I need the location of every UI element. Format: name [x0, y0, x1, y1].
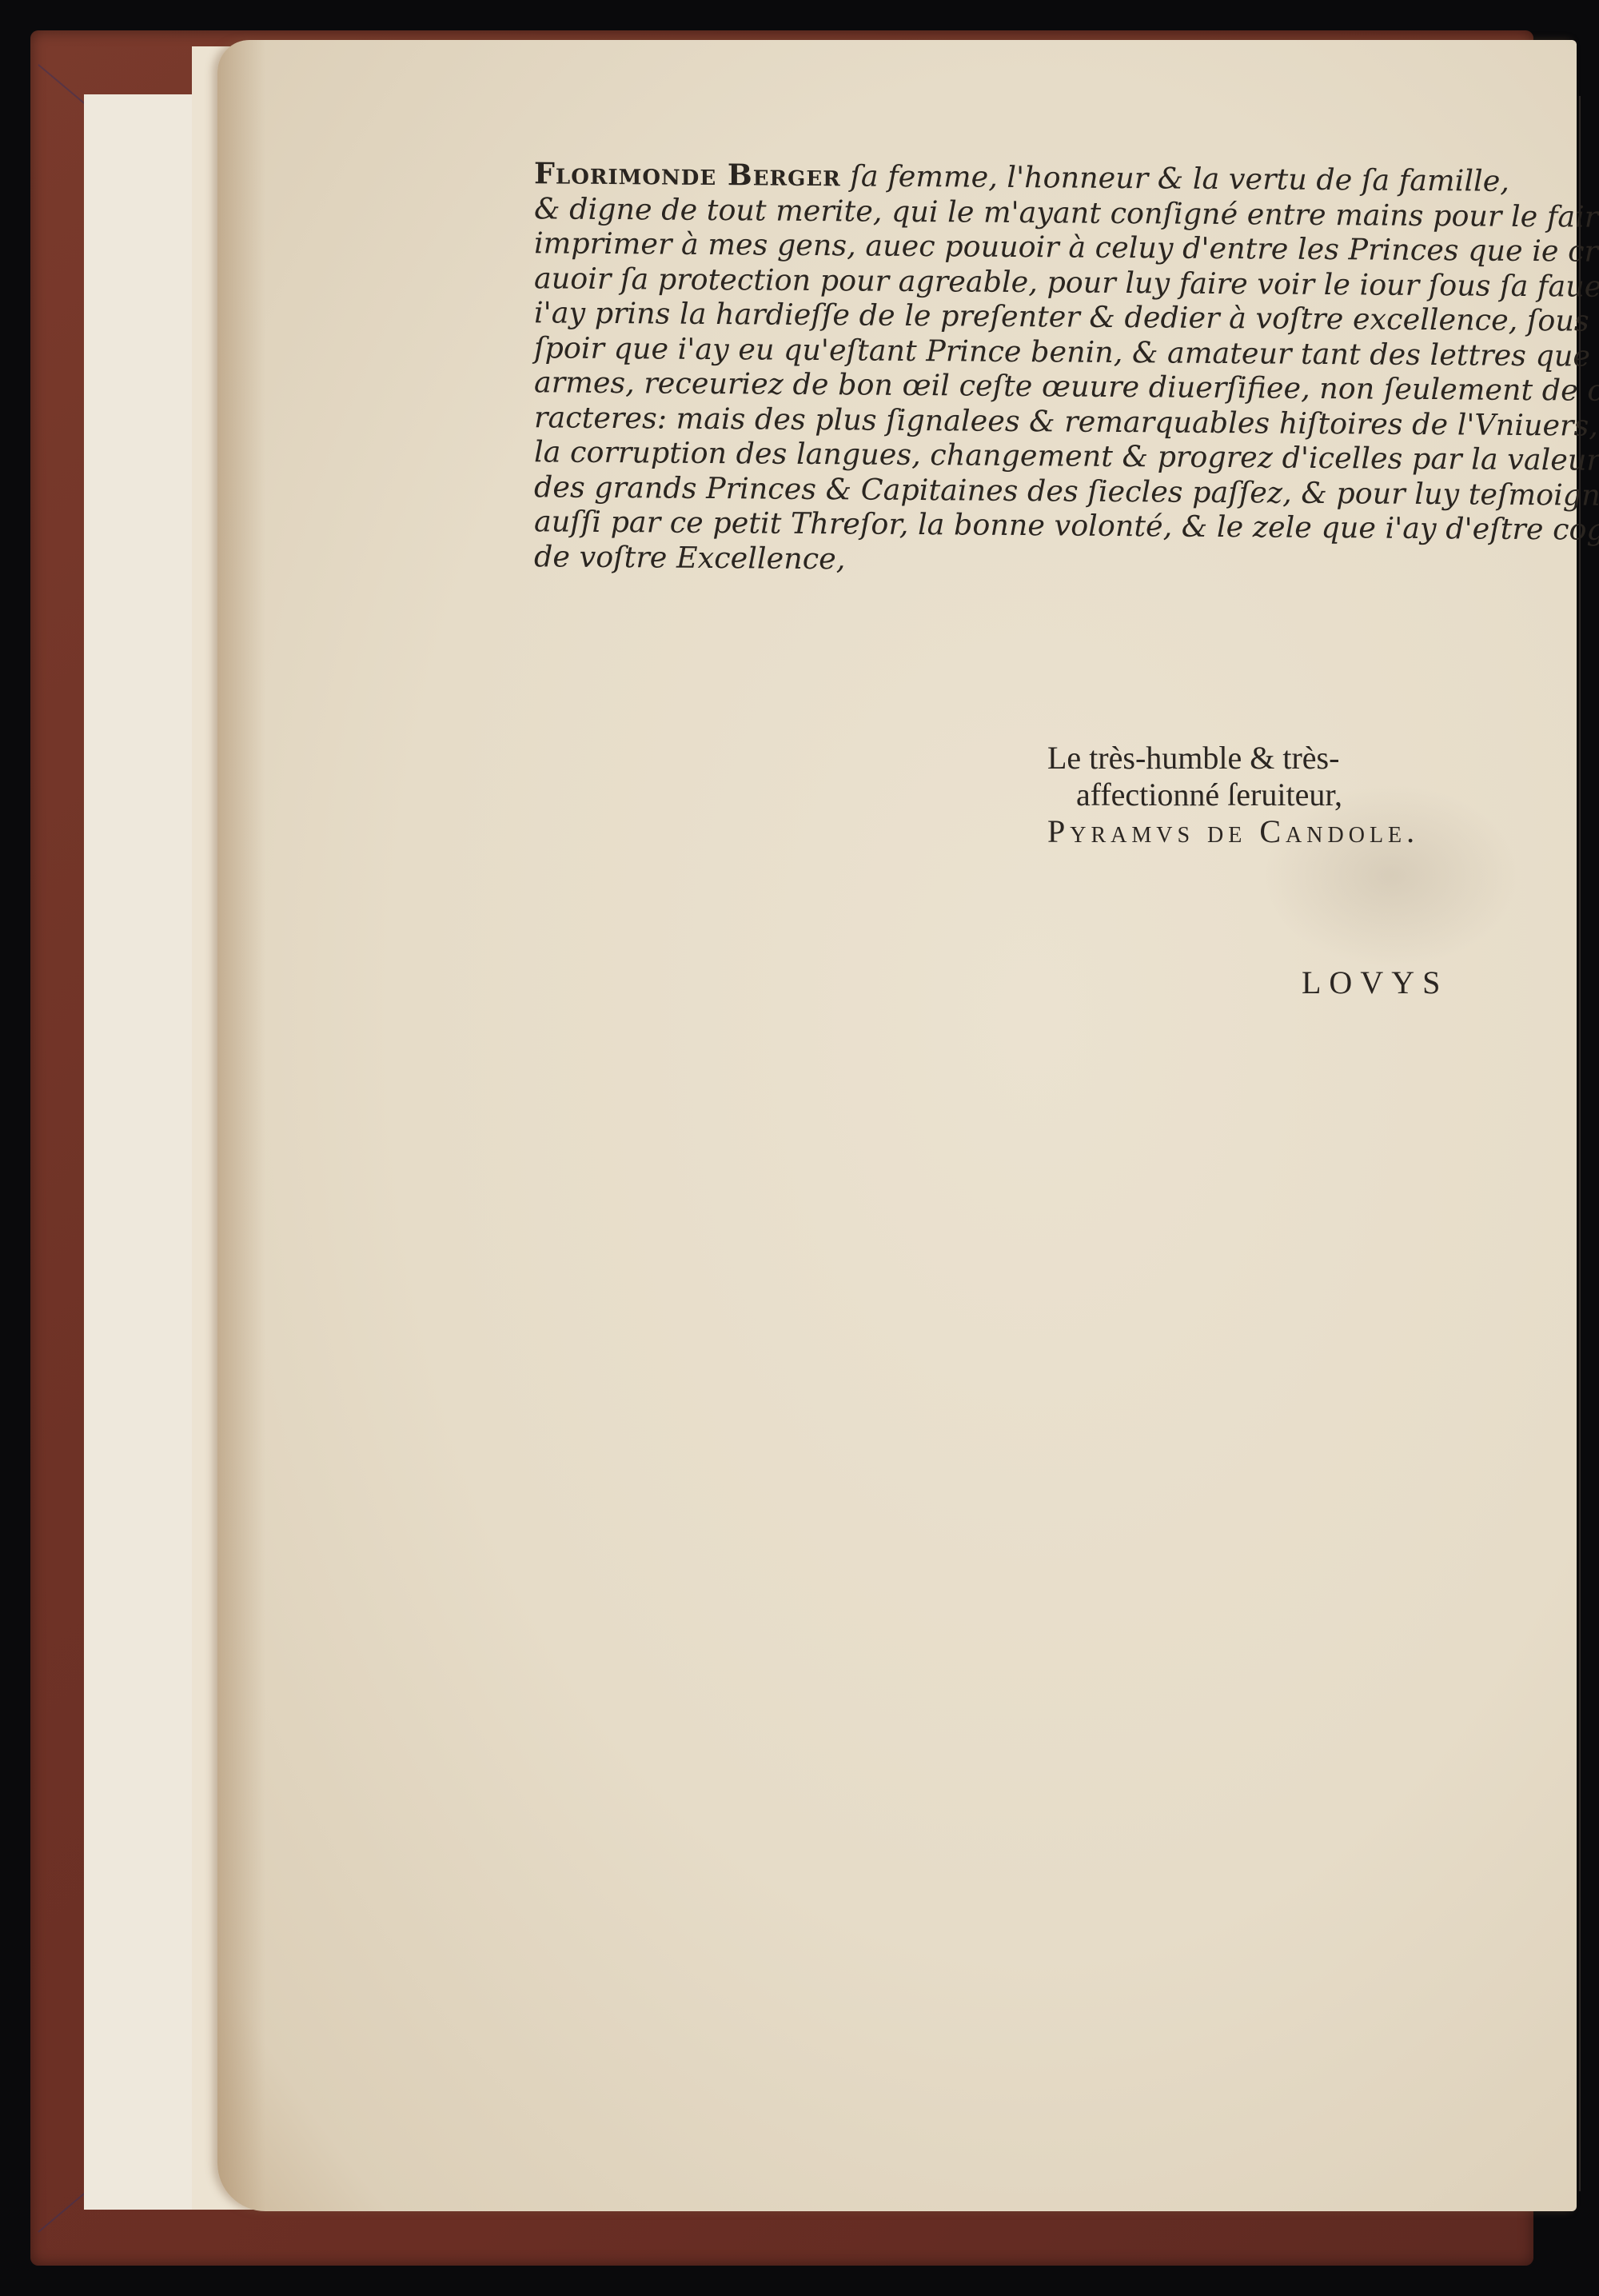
name-smallcaps: Florimonde Berger	[534, 156, 841, 193]
signature-block: Le très-humble & très- affectionné ſerui…	[1047, 740, 1495, 850]
signature-name: Pyramvs de Candole.	[1047, 813, 1495, 850]
signature-closing: Le très-humble & très-	[1047, 740, 1495, 777]
signature-closing: affectionné ſeruiteur,	[1076, 777, 1495, 813]
catchword: LOVYS	[1302, 964, 1448, 1001]
dedication-text: Florimonde Berger ſa femme, l'honneur & …	[534, 156, 1501, 581]
page-edge-stain	[217, 40, 265, 2211]
